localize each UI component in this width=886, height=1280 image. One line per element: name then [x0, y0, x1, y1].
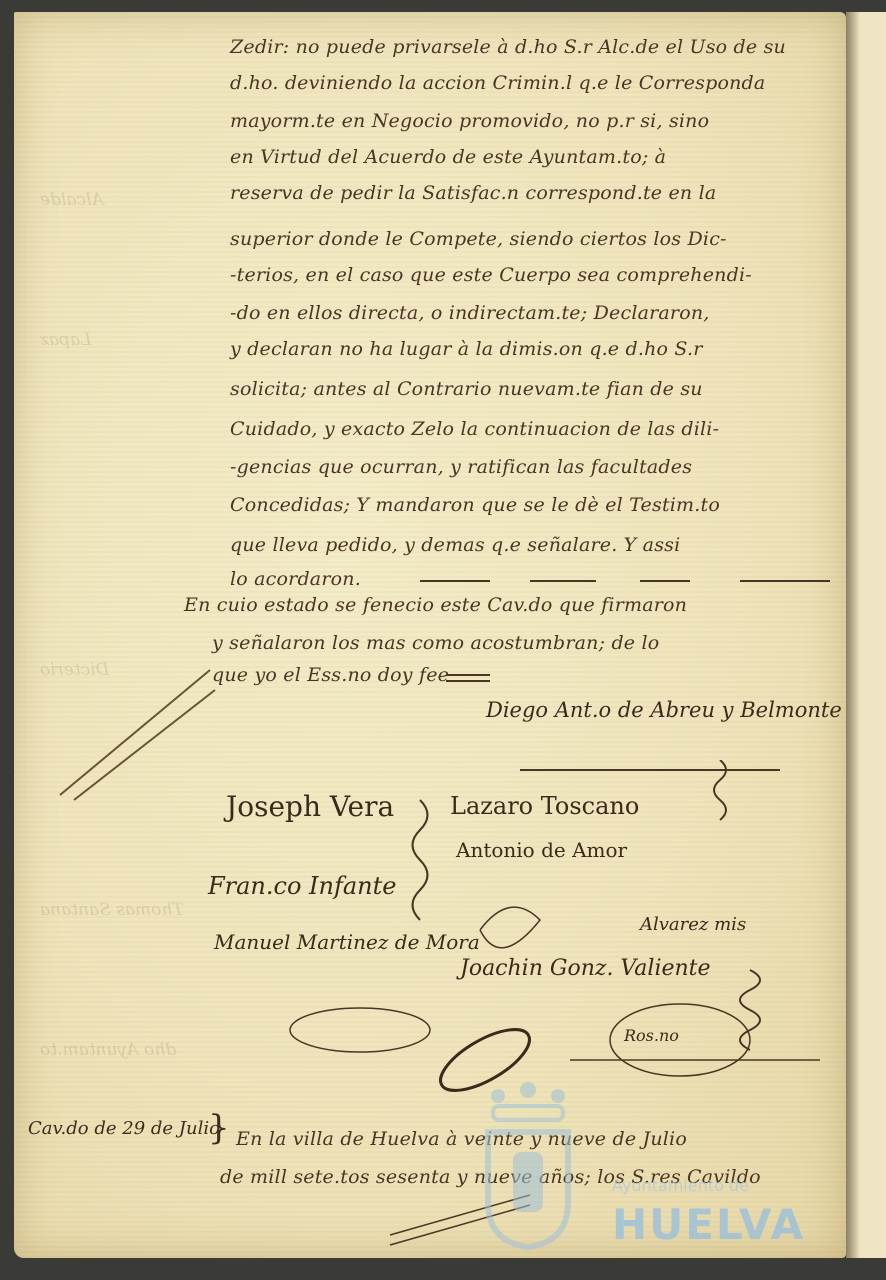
text-line: -do en ellos directa, o indirectam.te; D… — [230, 302, 710, 324]
text-line: que yo el Ess.no doy fee — [212, 664, 449, 686]
double-rule — [446, 680, 490, 682]
text-line: reserva de pedir la Satisfac.n correspon… — [230, 182, 716, 204]
text-line: Concedidas; Y mandaron que se le dè el T… — [230, 494, 720, 516]
bleed-through-text: Lapaz — [40, 330, 91, 350]
line-filler-rule — [740, 580, 830, 582]
line-filler-rule — [530, 580, 596, 582]
bleed-through-text: Thomas Santana — [40, 900, 184, 920]
text-line: mayorm.te en Negocio promovido, no p.r s… — [230, 110, 709, 132]
signature: Diego Ant.o de Abreu y Belmonte — [486, 698, 842, 722]
rubric-flourish-icon — [270, 760, 870, 1100]
margin-note: Cav.do de 29 de Julio — [28, 1118, 220, 1139]
text-line: Cuidado, y exacto Zelo la continuacion d… — [230, 418, 719, 440]
text-line: en Virtud del Acuerdo de este Ayuntam.to… — [230, 146, 666, 168]
text-line: lo acordaron. — [230, 568, 361, 590]
text-line: En la villa de Huelva à veinte y nueve d… — [236, 1128, 687, 1150]
double-rule — [446, 674, 490, 676]
text-line: -terios, en el caso que este Cuerpo sea … — [230, 264, 752, 286]
text-line: y declaran no ha lugar à la dimis.on q.e… — [230, 338, 702, 360]
text-line: y señalaron los mas como acostumbran; de… — [212, 632, 659, 654]
text-line: que lleva pedido, y demas q.e señalare. … — [230, 534, 680, 556]
cancel-stroke-icon — [50, 660, 230, 810]
crowned-shield-icon — [478, 1082, 578, 1252]
text-line: En cuio estado se fenecio este Cav.do qu… — [184, 594, 687, 616]
text-line: solicita; antes al Contrario nuevam.te f… — [230, 378, 703, 400]
bleed-through-text: dho Ayuntam.to — [40, 1040, 176, 1060]
brace-icon: } — [208, 1108, 230, 1148]
text-line: Zedir: no puede privarsele à d.ho S.r Al… — [230, 36, 786, 58]
text-line: -gencias que ocurran, y ratifican las fa… — [230, 456, 692, 478]
line-filler-rule — [640, 580, 690, 582]
text-line: superior donde le Compete, siendo cierto… — [230, 228, 727, 250]
watermark-text: HUELVA — [612, 1200, 805, 1249]
watermark-subtext: Ayuntamiento de — [612, 1176, 749, 1195]
line-filler-rule — [420, 580, 490, 582]
text-line: d.ho. deviniendo la accion Crimin.l q.e … — [230, 72, 765, 94]
bleed-through-text: Alcalde — [40, 190, 104, 210]
